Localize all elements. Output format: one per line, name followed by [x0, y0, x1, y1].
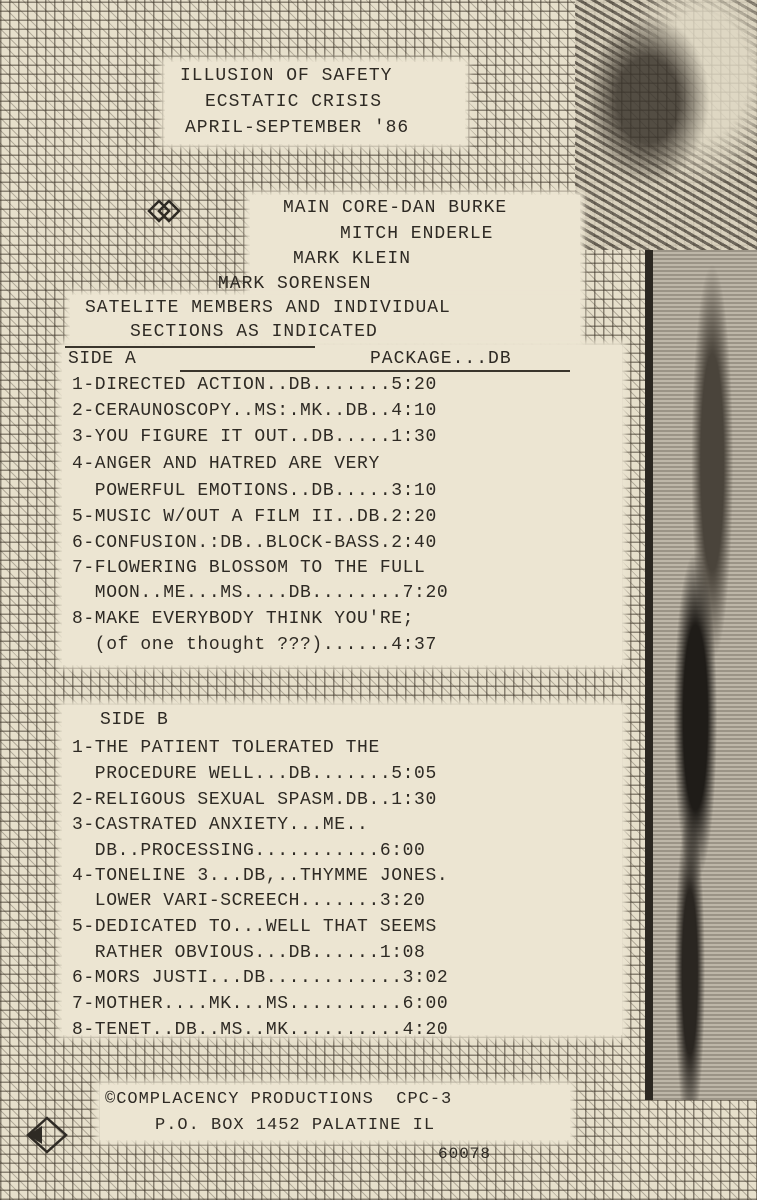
track-b3-cont: DB..PROCESSING...........6:00 [72, 841, 425, 861]
track-a8: 8-MAKE EVERYBODY THINK YOU'RE; [72, 609, 414, 629]
label-zip: 60078 [438, 1145, 491, 1163]
track-b5: 5-DEDICATED TO...WELL THAT SEEMS [72, 917, 437, 937]
side-b-label: SIDE B [100, 710, 168, 730]
track-b1: 1-THE PATIENT TOLERATED THE [72, 738, 380, 758]
track-b7: 7-MOTHER....MK...MS..........6:00 [72, 994, 448, 1014]
package-credit: PACKAGE...DB [370, 349, 512, 369]
logo-icon [145, 197, 183, 225]
track-a3: 3-YOU FIGURE IT OUT..DB.....1:30 [72, 427, 437, 447]
track-a6: 6-CONFUSION.:DB..BLOCK-BASS.2:40 [72, 533, 437, 553]
track-b2: 2-RELIGOUS SEXUAL SPASM.DB..1:30 [72, 790, 437, 810]
credit-sections: SECTIONS AS INDICATED [130, 322, 378, 342]
track-a8-cont: (of one thought ???)......4:37 [72, 635, 437, 655]
track-a5: 5-MUSIC W/OUT A FILM II..DB.2:20 [72, 507, 437, 527]
track-b1-cont: PROCEDURE WELL...DB.......5:05 [72, 764, 437, 784]
track-b4-cont: LOWER VARI-SCREECH.......3:20 [72, 891, 425, 911]
track-a1: 1-DIRECTED ACTION..DB.......5:20 [72, 375, 437, 395]
label-credit: ©COMPLACENCY PRODUCTIONS CPC-3 [105, 1090, 452, 1109]
track-b3: 3-CASTRATED ANXIETY...ME.. [72, 815, 368, 835]
track-a4-cont: POWERFUL EMOTIONS..DB.....3:10 [72, 481, 437, 501]
arrow-logo-icon [24, 1112, 70, 1158]
credit-main-core: MAIN CORE-DAN BURKE [283, 198, 507, 218]
collage-photo-top [575, 0, 757, 250]
recording-dates: APRIL-SEPTEMBER '86 [185, 118, 409, 138]
track-a7-cont: MOON..ME...MS....DB........7:20 [72, 583, 448, 603]
track-a4: 4-ANGER AND HATRED ARE VERY [72, 454, 380, 474]
credit-satellite: SATELITE MEMBERS AND INDIVIDUAL [85, 298, 451, 318]
album-title: ECSTATIC CRISIS [205, 92, 382, 112]
label-address: P.O. BOX 1452 PALATINE IL [155, 1116, 435, 1135]
track-b4: 4-TONELINE 3...DB,..THYMME JONES. [72, 866, 448, 886]
divider [180, 370, 570, 372]
track-a7: 7-FLOWERING BLOSSOM TO THE FULL [72, 558, 425, 578]
credit-member-3: MARK KLEIN [293, 249, 411, 269]
track-b5-cont: RATHER OBVIOUS...DB......1:08 [72, 943, 425, 963]
track-b8: 8-TENET..DB..MS..MK..........4:20 [72, 1020, 448, 1040]
credit-member-4: MARK SORENSEN [218, 274, 371, 294]
track-a2: 2-CERAUNOSCOPY..MS:.MK..DB..4:10 [72, 401, 437, 421]
track-b6: 6-MORS JUSTI...DB............3:02 [72, 968, 448, 988]
side-a-label: SIDE A [68, 349, 136, 369]
divider [65, 346, 315, 348]
credit-member-2: MITCH ENDERLE [340, 224, 493, 244]
artist-name: ILLUSION OF SAFETY [180, 66, 392, 86]
collage-photo-right [645, 250, 757, 1100]
